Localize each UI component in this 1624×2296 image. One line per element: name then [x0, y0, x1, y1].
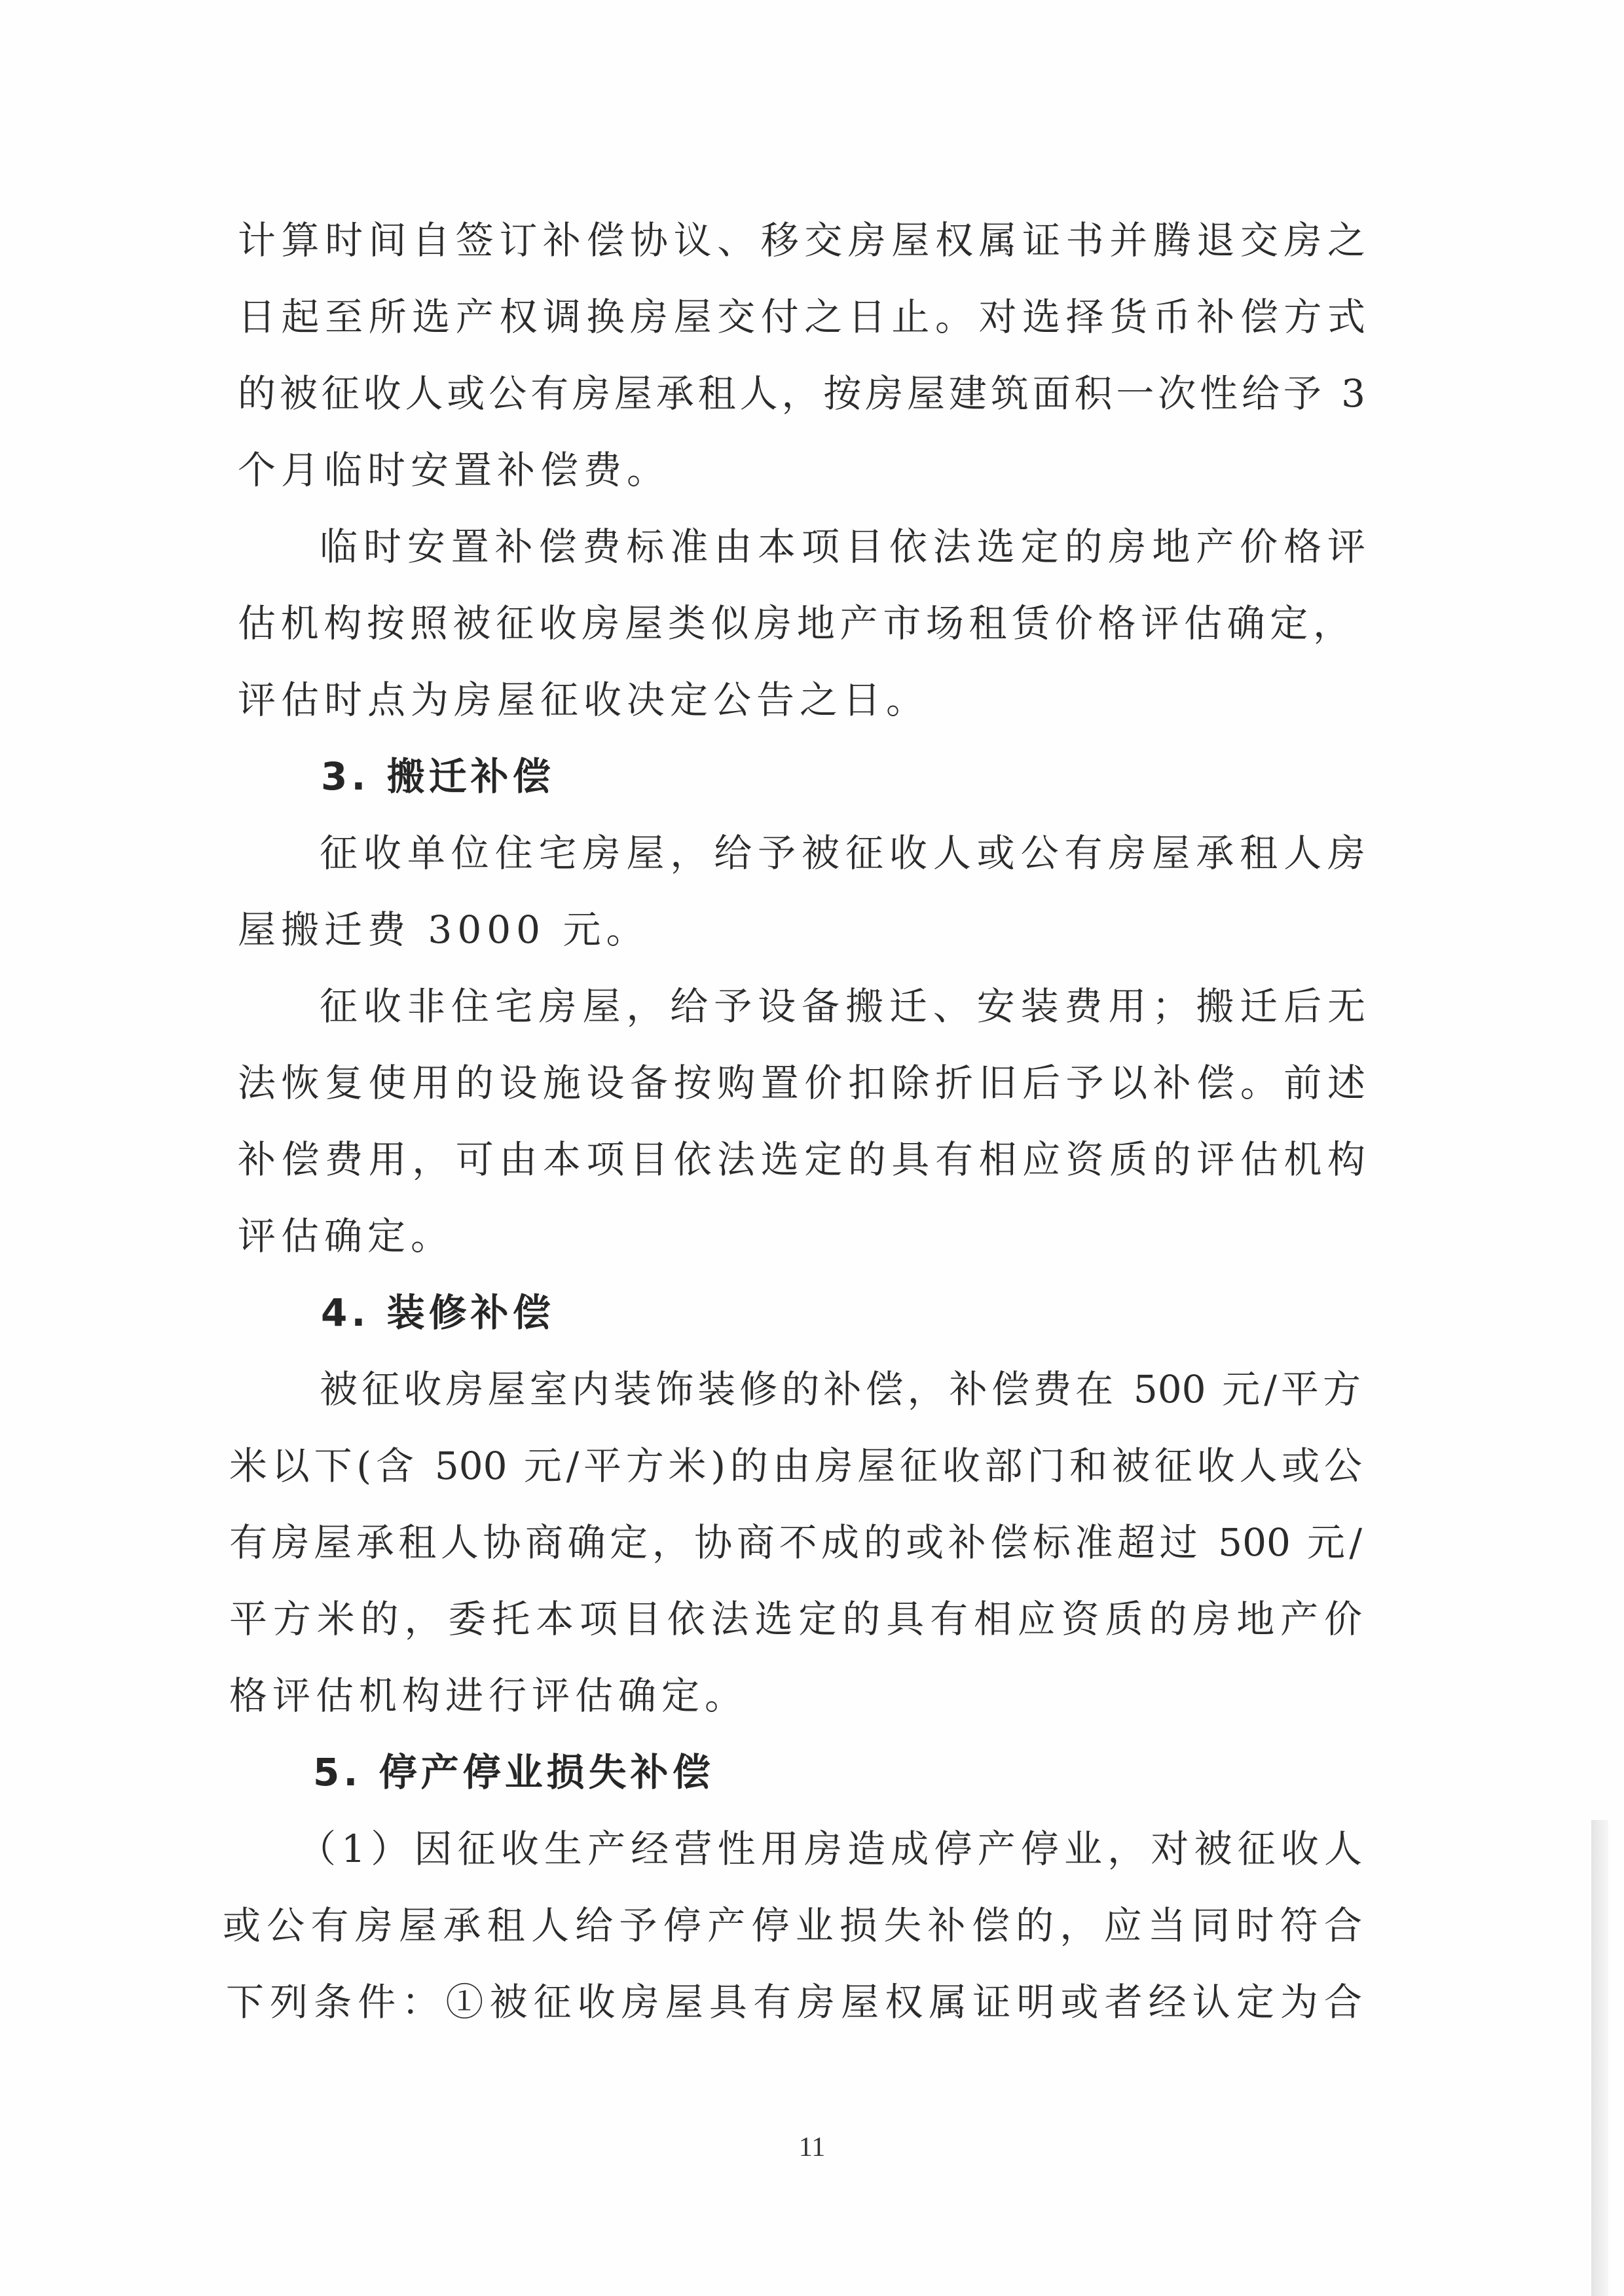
- body-line: 或公有房屋承租人给予停产停业损失补偿的，应当同时符合: [223, 1899, 1362, 1952]
- body-line: 估机构按照被征收房屋类似房地产市场租赁价格评估确定，: [238, 597, 1351, 649]
- section-heading-business-loss: 5. 停产停业损失补偿: [313, 1746, 714, 1798]
- body-line: 被征收房屋室内装饰装修的补偿，补偿费在 500 元/平方: [320, 1363, 1361, 1415]
- body-line: 米以下(含 500 元/平方米)的由房屋征收部门和被征收人或公: [229, 1440, 1362, 1492]
- section-heading-relocation: 3. 搬迁补偿: [321, 750, 555, 803]
- body-line: 征收单位住宅房屋，给予被征收人或公有房屋承租人房: [320, 827, 1365, 879]
- body-line: 计算时间自签订补偿协议、移交房屋权属证书并腾退交房之: [238, 214, 1365, 266]
- page-number: 11: [786, 2124, 838, 2170]
- section-heading-decoration: 4. 装修补偿: [321, 1286, 555, 1339]
- body-line: 平方米的，委托本项目依法选定的具有相应资质的房地产价: [229, 1593, 1362, 1645]
- body-line: 屋搬迁费 3000 元。: [238, 903, 649, 956]
- body-line: 的被征收人或公有房屋承租人，按房屋建筑面积一次性给予 3: [238, 367, 1365, 420]
- body-line: 个月临时安置补偿费。: [238, 444, 670, 496]
- body-line: 有房屋承租人协商确定，协商不成的或补偿标准超过 500 元/: [229, 1516, 1362, 1569]
- body-line: 征收非住宅房屋，给予设备搬迁、安装费用；搬迁后无: [320, 980, 1365, 1032]
- body-line: 评估时点为房屋征收决定公告之日。: [238, 674, 929, 726]
- body-line: 法恢复使用的设施设备按购置价扣除折旧后予以补偿。前述: [238, 1057, 1365, 1109]
- body-line: 临时安置补偿费标准由本项目依法选定的房地产价格评: [320, 520, 1365, 573]
- document-page: 计算时间自签订补偿协议、移交房屋权属证书并腾退交房之 日起至所选产权调换房屋交付…: [0, 0, 1624, 2296]
- body-line: 日起至所选产权调换房屋交付之日止。对选择货币补偿方式: [238, 291, 1365, 343]
- body-line: （1）因征收生产经营性用房造成停产停业，对被征收人: [298, 1823, 1362, 1875]
- body-line: 补偿费用，可由本项目依法选定的具有相应资质的评估机构: [238, 1133, 1365, 1186]
- scan-edge-shadow: [1591, 1820, 1608, 2296]
- body-line: 格评估机构进行评估确定。: [229, 1669, 748, 1722]
- body-line: 下列条件：①被征收房屋具有房屋权属证明或者经认定为合: [226, 1976, 1362, 2028]
- body-line: 评估确定。: [238, 1210, 454, 1262]
